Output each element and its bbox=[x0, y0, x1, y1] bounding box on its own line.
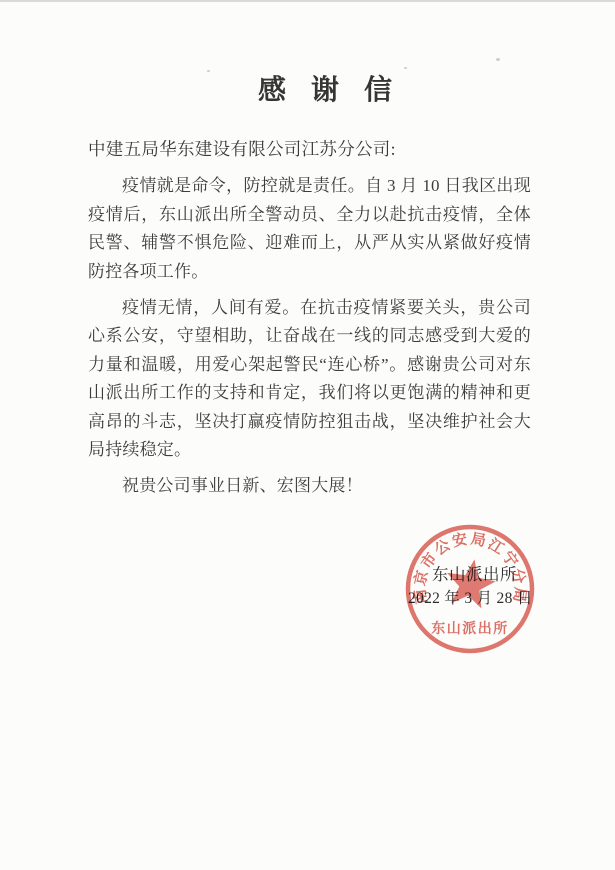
letter-title: 感 谢 信 bbox=[22, 74, 615, 108]
scan-speck bbox=[404, 67, 407, 69]
seal-star-icon bbox=[447, 559, 496, 608]
scan-speck bbox=[207, 70, 210, 72]
official-seal-stamp: 南京市公安局江宁分局 东山派出所 bbox=[390, 509, 550, 669]
paragraph-2: 疫情无情，人间有爱。在抗击疫情紧要关头，贵公司心系公安，守望相助，让奋战在一线的… bbox=[88, 294, 531, 464]
scan-edge-line bbox=[0, 0, 615, 2]
letter-body: 中建五局华东建设有限公司江苏分公司: 疫情就是命令，防控就是责任。自 3 月 1… bbox=[88, 135, 531, 509]
paragraph-1: 疫情就是命令，防控就是责任。自 3 月 10 日我区出现疫情后，东山派出所全警动… bbox=[88, 172, 531, 286]
closing-wish: 祝贵公司事业日新、宏图大展！ bbox=[88, 472, 531, 500]
letter-page: 感 谢 信 中建五局华东建设有限公司江苏分公司: 疫情就是命令，防控就是责任。自… bbox=[0, 0, 615, 870]
salutation: 中建五局华东建设有限公司江苏分公司: bbox=[88, 135, 531, 163]
seal-bottom-text: 东山派出所 bbox=[431, 620, 509, 637]
scan-speck bbox=[496, 58, 500, 61]
